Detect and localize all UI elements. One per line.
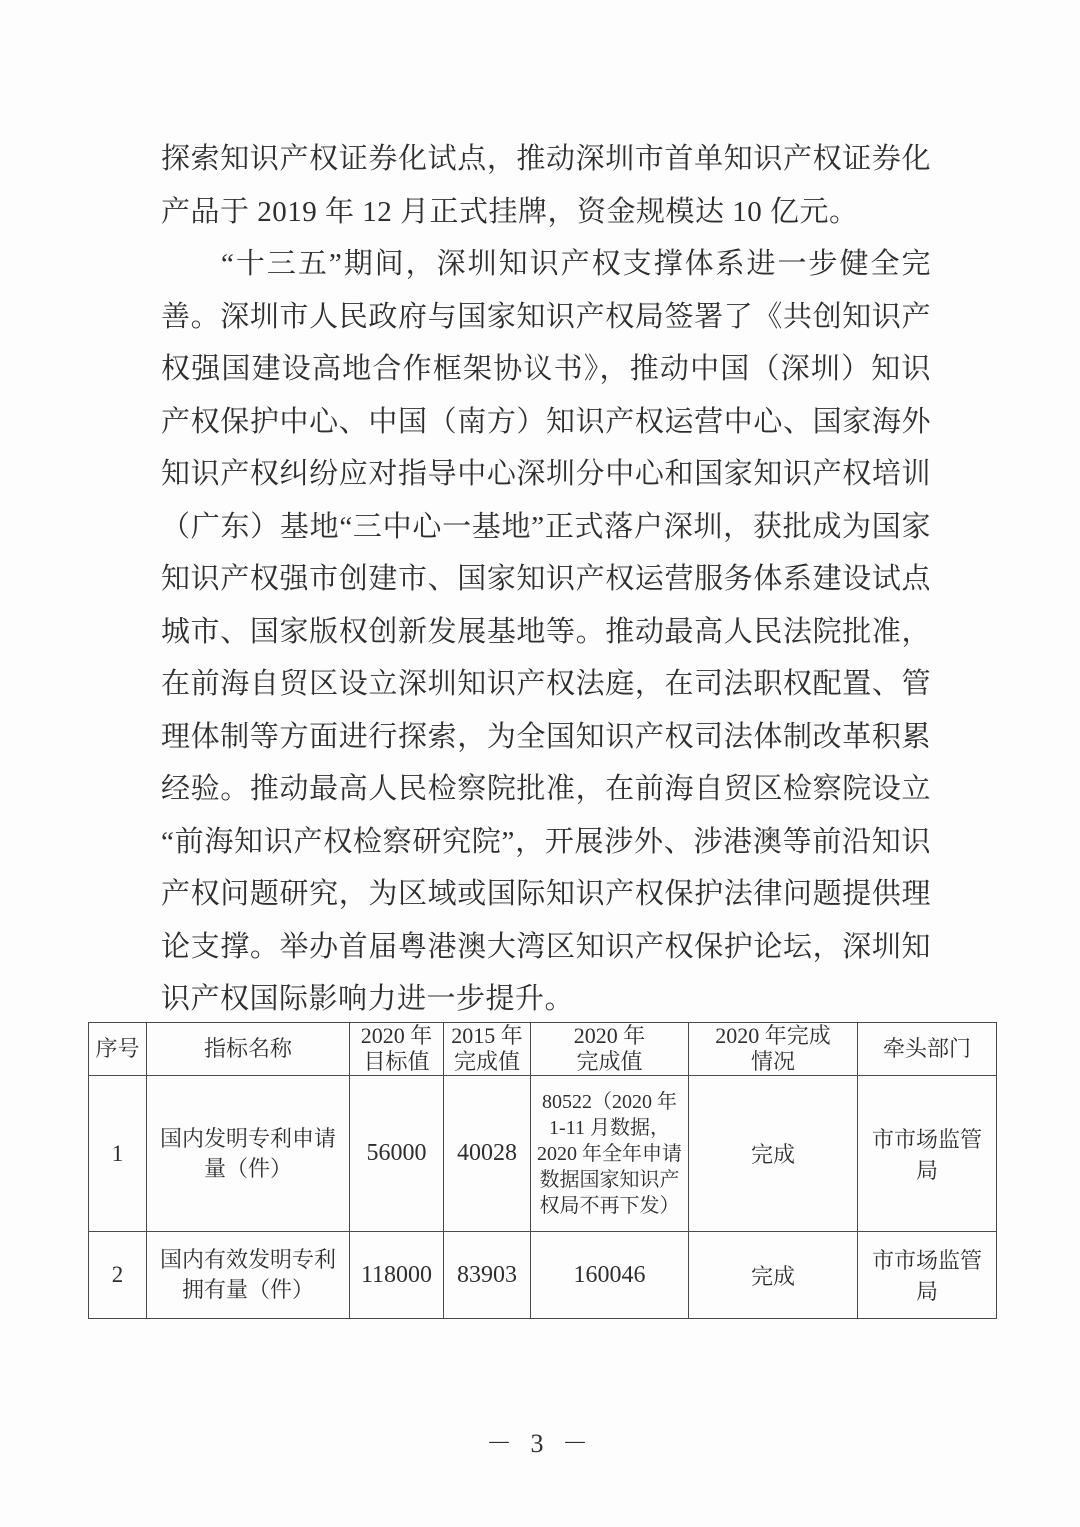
- cell-actual-2015: 40028: [444, 1076, 531, 1232]
- header-department: 牵头部门: [858, 1023, 997, 1076]
- cell-actual-2020: 80522（2020 年 1-11 月数据，2020 年全年申请数据国家知识产权…: [531, 1076, 689, 1232]
- cell-department: 市市场监管局: [858, 1232, 997, 1319]
- table-row: 2 国内有效发明专利拥有量（件） 118000 83903 160046 完成 …: [89, 1232, 997, 1319]
- header-target-2020: 2020 年 目标值: [350, 1023, 444, 1076]
- cell-target-2020: 56000: [350, 1076, 444, 1232]
- cell-status-2020: 完成: [689, 1076, 858, 1232]
- header-actual-2015: 2015 年 完成值: [444, 1023, 531, 1076]
- cell-department: 市市场监管局: [858, 1076, 997, 1232]
- header-actual-2020: 2020 年 完成值: [531, 1023, 689, 1076]
- header-indicator: 指标名称: [147, 1023, 350, 1076]
- cell-no: 1: [89, 1076, 147, 1232]
- table-header-row: 序号 指标名称 2020 年 目标值 2015 年 完成值 2020 年 完成值…: [89, 1023, 997, 1076]
- body-text: 探索知识产权证券化试点，推动深圳市首单知识产权证券化产品于 2019 年 12 …: [161, 133, 931, 1026]
- document-page: 探索知识产权证券化试点，推动深圳市首单知识产权证券化产品于 2019 年 12 …: [0, 0, 1080, 1527]
- header-no: 序号: [89, 1023, 147, 1076]
- body-paragraph: “十三五”期间，深圳知识产权支撑体系进一步健全完善。深圳市人民政府与国家知识产权…: [161, 238, 931, 1026]
- cell-target-2020: 118000: [350, 1232, 444, 1319]
- body-paragraph: 探索知识产权证券化试点，推动深圳市首单知识产权证券化产品于 2019 年 12 …: [161, 133, 931, 238]
- cell-status-2020: 完成: [689, 1232, 858, 1319]
- cell-indicator: 国内有效发明专利拥有量（件）: [147, 1232, 350, 1319]
- header-status-2020: 2020 年完成 情况: [689, 1023, 858, 1076]
- cell-no: 2: [89, 1232, 147, 1319]
- cell-indicator: 国内发明专利申请量（件）: [147, 1076, 350, 1232]
- indicators-table: 序号 指标名称 2020 年 目标值 2015 年 完成值 2020 年 完成值…: [88, 1022, 997, 1319]
- cell-actual-2015: 83903: [444, 1232, 531, 1319]
- table-row: 1 国内发明专利申请量（件） 56000 40028 80522（2020 年 …: [89, 1076, 997, 1232]
- cell-actual-2020: 160046: [531, 1232, 689, 1319]
- page-number: － 3 －: [0, 1423, 1080, 1460]
